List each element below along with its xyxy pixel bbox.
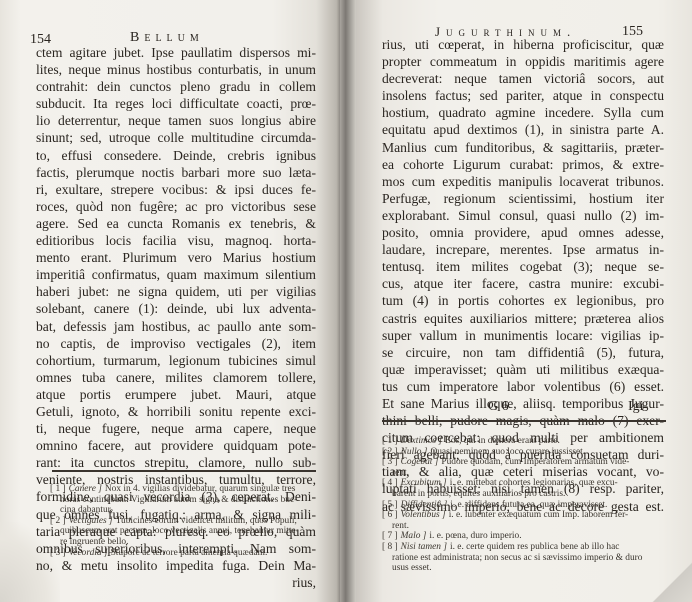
text-line: lio deterrentur, neque tamen suos longiu…: [36, 112, 316, 129]
text-line: ti, neque fugere, neque arma capere, neq…: [36, 420, 316, 437]
footnote-continuation: quibuscum erat pactum, loco vectigalis a…: [50, 526, 324, 537]
footnote-continuation: rent.: [382, 521, 664, 532]
footnote: [ 2 ]Vectigales ]Tubicines eorum videlic…: [50, 516, 324, 548]
text-line: propter commeatum in oppidis maritimis a…: [382, 53, 664, 70]
footnote-number: [ 1 ]: [50, 484, 66, 494]
right-footnotes: [ 1 ]Dextimos ]Eos, qui in dextera erant…: [382, 436, 664, 574]
footnote-continuation: cina dabantur.: [50, 505, 324, 516]
left-page: 154 Bellum ctem agitare jubet. Ipse paul…: [0, 0, 340, 602]
text-line: tus cum imperatore labor volentibus (6) …: [382, 378, 664, 395]
catchword: Igi-: [628, 399, 648, 415]
text-line: to, effusi consedere. Deinde, crebris ig…: [36, 147, 316, 164]
footnote-number: [ 1 ]: [382, 436, 398, 446]
text-line: rant: ita cunctos strepitu, clamore, nul…: [36, 454, 316, 471]
text-line: ea cohorte Ligurum curabat: primos, & ex…: [382, 156, 664, 173]
text-line: lites, neque minus hostibus conturbatis,…: [36, 61, 316, 78]
footnote-text: i. e. diffidens futura ea, quæ imperavis…: [450, 500, 607, 510]
text-line: atque portis erumpere jubet. Mauri, atqu…: [36, 386, 316, 403]
footnote-continuation: usus esset.: [382, 563, 664, 574]
footnote-number: [ 3 ]: [50, 548, 66, 558]
text-line: quæ imperavisset; quàm uti militibus exæ…: [382, 361, 664, 378]
footnote-term: Vectigales ]: [69, 516, 113, 526]
text-line: no captis, de improviso vectigales (2), …: [36, 335, 316, 352]
footnote-continuation: barent in portis, equites auxiliarios pr…: [382, 489, 664, 500]
footnote-text: Eos, qui in dextera erant parte.: [445, 436, 560, 446]
right-page: Jugurthinum. 155 rius, uti cœperat, in h…: [356, 0, 692, 602]
text-line: laudare, increpare, merentes. Ipse armat…: [382, 241, 664, 258]
footnote-number: [ 6 ]: [382, 510, 398, 520]
footnote-text: i. e. mittebat cohortes legionarias, quæ…: [450, 478, 618, 488]
footnote-text: Stupore ac terrore parta amentia quædam.: [111, 548, 268, 558]
text-line: cohortium, turmarum, legionum tubicines …: [36, 352, 316, 369]
text-line: omnes tuba canere, milites clamorem toll…: [36, 369, 316, 386]
footnote-continuation: rent.: [382, 468, 664, 479]
footnote-text: i. e. certe quidem res publica bene ab i…: [450, 542, 619, 552]
footnote-rule: [52, 470, 316, 472]
text-line: agere. Sed ea cuncta Romanis ex tenebris…: [36, 215, 316, 232]
catchword: rius,: [36, 574, 316, 591]
text-line: contrahit: dein cunctos pleno gradu in c…: [36, 78, 316, 95]
text-line: Manlius cum funditoribus, & sagittariis,…: [382, 139, 664, 156]
footnote-term: Nisi tamen ]: [401, 542, 447, 552]
footnote-term: Excubitum ]: [401, 478, 447, 488]
text-line: cus, atque iter facere, castra munire: e…: [382, 275, 664, 292]
text-line: tentusq. item milites cogebat (3); neque…: [382, 258, 664, 275]
text-line: omnino facere, aut providere quidquam po…: [36, 437, 316, 454]
text-line: haberi jubet: ne signa quidem, uti per v…: [36, 283, 316, 300]
footnote: [ 2 ]Nullo ]Quasi neminem suo loco curar…: [382, 447, 664, 458]
footnote: [ 3 ]Vecordia ]Stupore ac terrore parta …: [50, 548, 324, 559]
text-line: imperitiâ confirmatus, quam maximum sile…: [36, 266, 316, 283]
footnote-term: Canere ]: [69, 484, 102, 494]
text-line: ri, exultare, strepere vocibus: & ipsi d…: [36, 181, 316, 198]
footnote-text: i. e. pœna, duro imperio.: [429, 531, 521, 541]
footnote-text: i. e. lubenter exæquatum cum Imp. labore…: [449, 510, 628, 520]
text-line: roces, quòd non fugêre; ac pro victoribu…: [36, 198, 316, 215]
footnote: [ 4 ]Excubitum ]i. e. mittebat cohortes …: [382, 478, 664, 499]
text-line: mento erant. Plurimum vero Marius hostiu…: [36, 249, 316, 266]
footnote-term: Volentibus ]: [401, 510, 446, 520]
footnote-continuation: ratione est administrata; non secus ac s…: [382, 553, 664, 564]
footnote: [ 1 ]Canere ]Nox in 4. vigilias divideba…: [50, 484, 324, 516]
text-line: Perfugæ, regionum scientissimi, hostium …: [382, 190, 664, 207]
footnote-number: [ 4 ]: [382, 478, 398, 488]
footnote: [ 8 ]Nisi tamen ]i. e. certe quidem res …: [382, 542, 664, 574]
text-line: Et sane Marius illoque, aliisq. temporib…: [382, 395, 664, 412]
text-line: hostium, quadrato agmine incedere. Sylla…: [382, 104, 664, 121]
text-line: rius, uti cœperat, in hiberna proficisci…: [382, 36, 664, 53]
footnote-number: [ 8 ]: [382, 542, 398, 552]
footnote: [ 6 ]Volentibus ]i. e. lubenter exæquatu…: [382, 510, 664, 531]
text-line: posito, omnia providere, apud omnes ades…: [382, 224, 664, 241]
text-line: super vallum in munimentis locare: vigil…: [382, 327, 664, 344]
footnote-number: [ 2 ]: [50, 516, 66, 526]
text-line: equitatu apud dextimos (1), in sinistra …: [382, 121, 664, 138]
footnote-number: [ 3 ]: [382, 457, 398, 467]
text-line: factis, plerumque noctis barbari more su…: [36, 164, 316, 181]
text-line: bat, defessis jam hostibus, ac paullo an…: [36, 318, 316, 335]
text-line: se circuire, non tam diffidentiâ (5), fu…: [382, 344, 664, 361]
footnote: [ 7 ]Malo ]i. e. pœna, duro imperio.: [382, 531, 664, 542]
text-line: castris equites auxiliarios mittere; præ…: [382, 310, 664, 327]
text-line: ctem agitare jubet. Ipse paullatim dispe…: [36, 44, 316, 61]
footnote-text: Pudore quodam, cum Imperatorem armatum v…: [441, 457, 629, 467]
text-line: insolens factus; sed pariter, atque in c…: [382, 87, 664, 104]
footnote-number: [ 5 ]: [382, 500, 398, 510]
text-line: decreverat: neque tamen victoriâ socors,…: [382, 70, 664, 87]
footnote-term: Dextimos ]: [401, 436, 442, 446]
text-line: solebant, canere (1): deinde, ubi lux ad…: [36, 300, 316, 317]
footnote-text: Quasi neminem suo loco curare jussisset.: [430, 447, 585, 457]
footnote-text: Nox in 4. vigilias dividebatur, quarum s…: [105, 484, 296, 494]
text-line: mos cum expeditis manipulis locaverat tr…: [382, 173, 664, 190]
footnote-continuation: re ingruente bello.: [50, 537, 324, 548]
book-gutter: [340, 0, 356, 602]
footnote-term: Cogebat ]: [401, 457, 439, 467]
footnote-number: [ 7 ]: [382, 531, 398, 541]
footnote-number: [ 2 ]: [382, 447, 398, 457]
footnote-continuation: horas continebant. Vigiliarum autem sign…: [50, 495, 324, 506]
text-line: no, & metu insolito impedita fuga. Dein …: [36, 557, 316, 574]
text-line: subducit. Ita reges loci difficultate co…: [36, 95, 316, 112]
footnote-term: Vecordia ]: [69, 548, 108, 558]
footnote: [ 5 ]Diffidentiâ ]i. e. diffidens futura…: [382, 500, 664, 511]
text-line: sinunt; sed, utroque colle multitudine c…: [36, 129, 316, 146]
footnote-term: Nullo ]: [401, 447, 428, 457]
footnote-term: Malo ]: [401, 531, 427, 541]
text-line: explorabant. Simul consul, quasi nullo (…: [382, 207, 664, 224]
footnote: [ 3 ]Cogebat ]Pudore quodam, cum Imperat…: [382, 457, 664, 478]
text-line: Getuli, ignoto, & horribili sonitu repen…: [36, 403, 316, 420]
footnote-rule: [382, 420, 666, 422]
footnote-term: Diffidentiâ ]: [401, 500, 448, 510]
left-footnotes: [ 1 ]Canere ]Nox in 4. vigilias divideba…: [50, 484, 324, 558]
footnote: [ 1 ]Dextimos ]Eos, qui in dextera erant…: [382, 436, 664, 447]
text-line: editioribus locis facilia visu, magnoq. …: [36, 232, 316, 249]
text-line: tum (4) in portis cohortes ex legionibus…: [382, 292, 664, 309]
signature-mark: G 6: [488, 399, 509, 415]
book-spread: 154 Bellum ctem agitare jubet. Ipse paul…: [0, 0, 692, 602]
footnote-text: Tubicines eorum videlicet militum, quos …: [116, 516, 297, 526]
